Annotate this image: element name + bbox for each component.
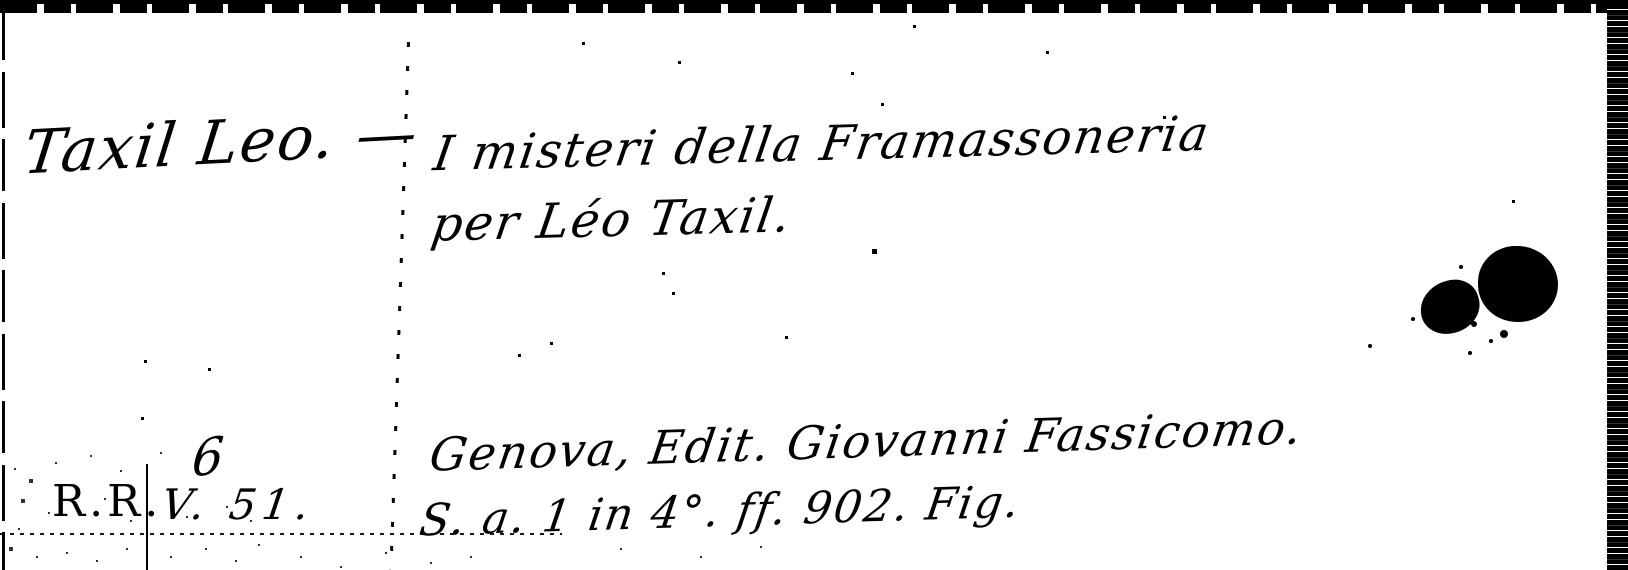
scan-edge-left-line xyxy=(2,8,5,570)
imprint-line: Genova, Edit. Giovanni Fassicomo. xyxy=(426,400,1307,482)
scan-edge-right-strip xyxy=(1607,6,1628,570)
shelfmark-series: R.R. xyxy=(52,476,162,527)
catalog-card: Taxil Leo. — I misteri della Framassoner… xyxy=(0,0,1628,570)
author-heading: Taxil Leo. — xyxy=(20,97,423,188)
ink-blot-large xyxy=(1478,246,1558,322)
title-line-1: I misteri della Framassoneria xyxy=(430,106,1214,183)
collation-line: S. a. 1 in 4°. ff. 902. Fig. xyxy=(416,476,1024,546)
shelfmark-location: V. 51. xyxy=(159,480,318,529)
scan-edge-top-bar xyxy=(0,0,1628,13)
ink-blot-small xyxy=(1413,273,1486,341)
title-line-2: per Léo Taxil. xyxy=(428,187,796,253)
paper-specks-shelfmark xyxy=(0,0,2,2)
